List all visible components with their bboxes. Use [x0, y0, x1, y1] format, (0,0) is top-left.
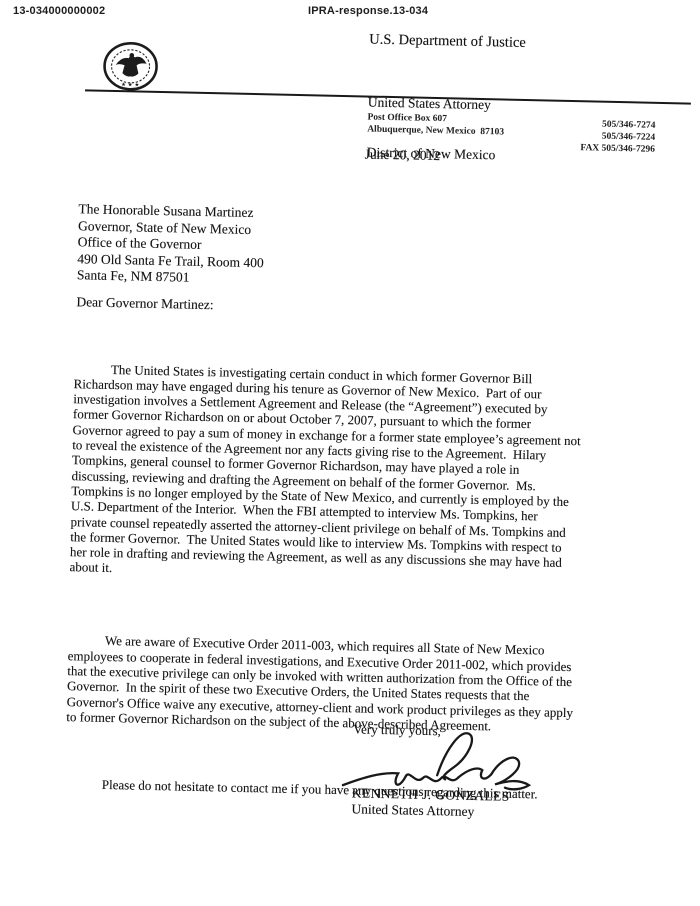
signature-scrawl — [325, 703, 522, 792]
svg-text:★ ★ ★: ★ ★ ★ — [121, 82, 139, 88]
letter-page: ★ ★ ★ U.S. Department of Justice United … — [0, 0, 700, 906]
body-paragraph: The United States is investigating certa… — [69, 361, 679, 588]
office-phone-numbers: 505/346-7274505/346-7224FAX 505/346-7296 — [469, 116, 656, 156]
recipient-address: The Honorable Susana MartinezGovernor, S… — [77, 201, 265, 288]
doj-seal-icon: ★ ★ ★ — [85, 22, 144, 75]
agency-name: U.S. Department of Justice — [369, 32, 526, 52]
salutation: Dear Governor Martinez: — [76, 294, 214, 313]
sender-title: United States Attorney — [351, 801, 474, 820]
letter-date: June 20, 2012 — [365, 146, 441, 164]
